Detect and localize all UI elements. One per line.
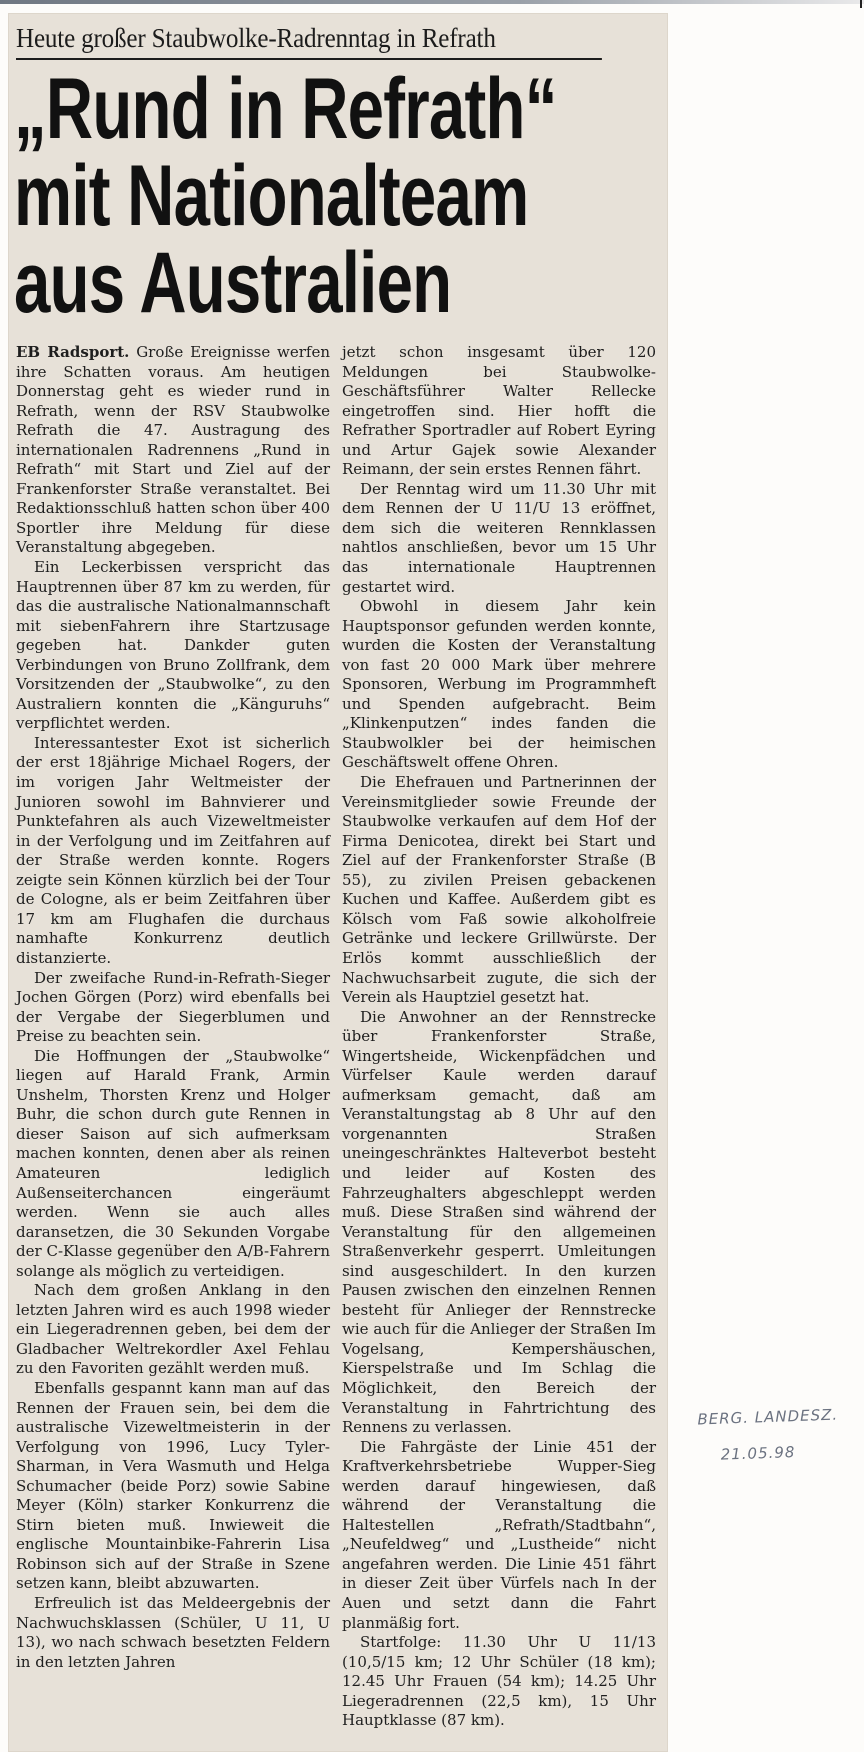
handwritten-source: BERG. LANDESZ. — [697, 1406, 838, 1429]
byline: EB Radsport. — [16, 343, 129, 361]
paragraph: Die Hoffnungen der „Staubwolke“ liegen a… — [16, 1047, 330, 1282]
paragraph: Der Renntag wird um 11.30 Uhr mit dem Re… — [342, 480, 656, 597]
paragraph: Ein Leckerbissen verspricht das Hauptren… — [16, 558, 330, 734]
paragraph: Erfreulich ist das Meldeergebnis der Nac… — [16, 1594, 330, 1672]
paragraph: EB Radsport. Große Ereignisse werfen ihr… — [16, 343, 330, 558]
scan-top-edge — [0, 0, 864, 4]
paragraph: Die Anwohner an der Rennstrecke über Fra… — [342, 1008, 656, 1438]
handwritten-annotation: BERG. LANDESZ. 21.05.98 — [697, 1406, 840, 1465]
paragraph: Die Fahrgäste der Linie 451 der Kraftver… — [342, 1438, 656, 1633]
paragraph: Nach dem großen Anklang in den letzten J… — [16, 1281, 330, 1379]
headline-line-1: „Rund in Refrath“ — [14, 66, 500, 153]
paragraph: jetzt schon insgesamt über 120 Meldungen… — [342, 343, 656, 480]
start-schedule: Startfolge: 11.30 Uhr U 11/13 (10,5/15 k… — [342, 1633, 656, 1731]
article-body: EB Radsport. Große Ereignisse werfen ihr… — [16, 343, 656, 1731]
article-headline: „Rund in Refrath“ mit Nationalteam aus A… — [14, 66, 500, 327]
article-column-1: EB Radsport. Große Ereignisse werfen ihr… — [16, 343, 330, 1731]
article-kicker: Heute großer Staubwolke-Radrenntag in Re… — [16, 20, 602, 60]
paragraph-text: Große Ereignisse werfen ihre Schatten vo… — [16, 343, 330, 556]
paragraph: Die Ehefrauen und Partnerinnen der Verei… — [342, 773, 656, 1008]
handwritten-date: 21.05.98 — [720, 1442, 839, 1464]
paragraph: Obwohl in diesem Jahr kein Hauptsponsor … — [342, 597, 656, 773]
paragraph: Ebenfalls gespannt kann man auf das Renn… — [16, 1379, 330, 1594]
paragraph: Der zweifache Rund-in-Refrath-Sieger Joc… — [16, 969, 330, 1047]
article-column-2: jetzt schon insgesamt über 120 Meldungen… — [342, 343, 656, 1731]
scan-right-mark — [860, 0, 862, 8]
headline-line-3: aus Australien — [14, 240, 500, 327]
headline-line-2: mit Nationalteam — [14, 153, 500, 240]
paragraph: Interessantester Exot ist sicherlich der… — [16, 734, 330, 969]
